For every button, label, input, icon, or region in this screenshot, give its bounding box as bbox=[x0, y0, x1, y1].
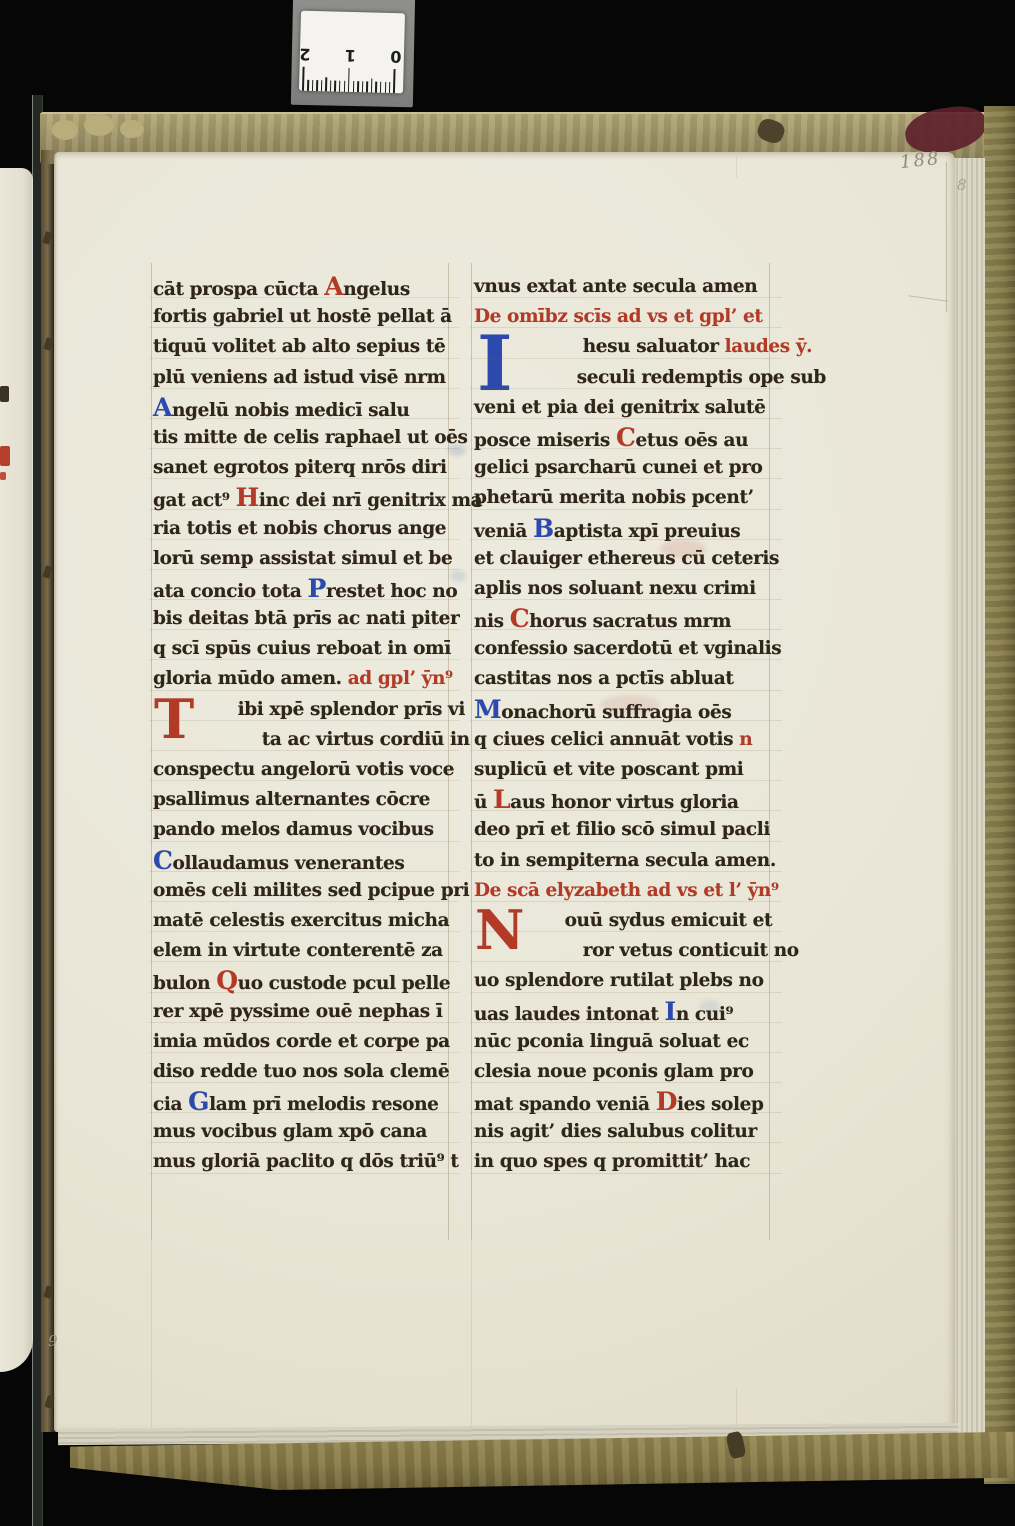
text-segment: aus honor virtus gloria bbox=[510, 792, 738, 813]
text-segment: bulon bbox=[153, 973, 216, 994]
text-line: psallimus alternantes cōcre bbox=[153, 785, 453, 815]
text-segment: sanet egrotos piterq nrōs diri bbox=[153, 457, 447, 478]
text-line: Collaudamus venerantes bbox=[153, 846, 453, 876]
ruler-tick bbox=[307, 80, 309, 91]
text-segment: mat spando veniā bbox=[474, 1094, 656, 1115]
text-segment: matē celestis exercitus micha bbox=[153, 910, 449, 931]
text-line: in quo spes q promittit’ hac bbox=[474, 1147, 776, 1177]
ruler-tick bbox=[371, 79, 373, 93]
text-line: pando melos damus vocibus bbox=[153, 815, 453, 845]
blue-initial: I bbox=[665, 997, 676, 1026]
endband-lump bbox=[84, 114, 114, 136]
ruler-tick bbox=[330, 80, 332, 91]
ruler-tick bbox=[366, 81, 368, 92]
text-line: conspectu angelorū votis voce bbox=[153, 755, 453, 785]
text-segment: mus gloriā paclito q dōs triū⁹ t bbox=[153, 1151, 459, 1172]
endband-lump bbox=[120, 120, 144, 138]
text-segment: aptista xpī preuius bbox=[554, 521, 741, 542]
ruler-tick bbox=[357, 81, 359, 92]
text-line: omēs celi milites sed pcipue pri bbox=[153, 876, 453, 906]
text-line: N ouū sydus emicuit et bbox=[474, 906, 776, 936]
text-line: De omībz scīs ad vs et gpl’ et bbox=[474, 302, 776, 332]
text-segment: cāt prospa cūcta bbox=[153, 279, 324, 300]
text-segment: confessio sacerdotū et vginalis bbox=[474, 638, 781, 659]
ruling-line-vertical bbox=[151, 263, 152, 1240]
text-line: nis Chorus sacratus mrm bbox=[474, 604, 776, 634]
text-segment: phetarū merita nobis pcent’ bbox=[474, 487, 754, 508]
text-segment: ngelus bbox=[343, 279, 410, 300]
text-line: tiquū volitet ab alto sepius tē bbox=[153, 332, 453, 362]
ruler-tick bbox=[344, 81, 346, 92]
text-line: ata concio tota Prestet hoc no bbox=[153, 574, 453, 604]
text-segment: ollaudamus venerantes bbox=[173, 853, 405, 874]
ruler-tick bbox=[339, 81, 341, 92]
text-segment: nis bbox=[474, 611, 510, 632]
text-line: Angelū nobis medicī salu bbox=[153, 393, 453, 423]
text-line: castitas nos a pctīs abluat bbox=[474, 664, 776, 694]
text-segment: rer xpē pyssime ouē nephas ī bbox=[153, 1001, 443, 1022]
ruler-tick bbox=[375, 82, 377, 93]
blue-initial: M bbox=[474, 695, 501, 724]
text-segment: et clauiger ethereus cū ceteris bbox=[474, 548, 779, 569]
text-segment: posce miseris bbox=[474, 430, 616, 451]
text-segment: gelici psarcharū cunei et pro bbox=[474, 457, 763, 478]
neighbor-page bbox=[0, 168, 33, 1372]
text-segment: fortis gabriel ut hostē pellat ā bbox=[153, 306, 452, 327]
text-segment: psallimus alternantes cōcre bbox=[153, 789, 430, 810]
corner-pencil-mark: 9 bbox=[48, 1332, 58, 1350]
text-segment: suplicū et vite poscant pmi bbox=[474, 759, 743, 780]
text-line: veni et pia dei genitrix salutē bbox=[474, 393, 776, 423]
text-segment: bis deitas btā prīs ac nati piter bbox=[153, 608, 459, 629]
text-segment: castitas nos a pctīs abluat bbox=[474, 668, 733, 689]
text-line: cia Glam prī melodis resone bbox=[153, 1087, 453, 1117]
text-segment: nis agit’ dies salubus colitur bbox=[474, 1121, 757, 1142]
text-column-left: cāt prospa cūcta Angelusfortis gabriel u… bbox=[153, 272, 453, 1178]
text-line: mus gloriā paclito q dōs triū⁹ t bbox=[153, 1147, 453, 1177]
text-segment: laudes ȳ. bbox=[725, 336, 813, 357]
blue-initial: A bbox=[153, 393, 172, 422]
text-segment: lam prī melodis resone bbox=[209, 1094, 438, 1115]
text-line: gat act⁹ Hinc dei nrī genitrix ma bbox=[153, 483, 453, 513]
text-line: sanet egrotos piterq nrōs diri bbox=[153, 453, 453, 483]
text-line: confessio sacerdotū et vginalis bbox=[474, 634, 776, 664]
folio-number: 188 bbox=[899, 148, 941, 173]
text-line: diso redde tuo nos sola clemē bbox=[153, 1057, 453, 1087]
text-segment: aplis nos soluant nexu crimi bbox=[474, 578, 756, 599]
ruling-line-vertical bbox=[151, 1240, 152, 1428]
text-line: posce miseris Cetus oēs au bbox=[474, 423, 776, 453]
ruler-tick bbox=[380, 82, 382, 93]
text-segment: restet hoc no bbox=[326, 581, 457, 602]
ruler-label: 2 bbox=[299, 45, 311, 64]
ruler-tick bbox=[325, 77, 327, 91]
text-line: cāt prospa cūcta Angelus bbox=[153, 272, 453, 302]
endband-lump bbox=[52, 120, 78, 140]
text-segment: ad gpl’ ȳn⁹ bbox=[348, 668, 453, 689]
text-segment: ū bbox=[474, 792, 493, 813]
text-line: suplicū et vite poscant pmi bbox=[474, 755, 776, 785]
ruler-tick bbox=[316, 80, 318, 91]
red-initial: C bbox=[510, 604, 530, 633]
text-line: uas laudes intonat In cui⁹ bbox=[474, 997, 776, 1027]
ruling-line-vertical bbox=[471, 1240, 472, 1428]
blue-initial: G bbox=[188, 1087, 209, 1116]
text-segment: inc dei nrī genitrix ma bbox=[259, 490, 482, 511]
board-edge-fore bbox=[984, 106, 1015, 1484]
text-segment: onachorū suffragia oēs bbox=[501, 702, 731, 723]
ruler: 012 bbox=[299, 11, 405, 94]
ruler-tick bbox=[321, 80, 323, 91]
text-line: deo prī et filio scō simul pacli bbox=[474, 815, 776, 845]
text-segment: ibi xpē splendor prīs vi bbox=[153, 699, 465, 720]
text-segment: diso redde tuo nos sola clemē bbox=[153, 1061, 449, 1082]
text-line: I hesu saluator laudes ȳ. bbox=[474, 332, 776, 362]
text-line: bulon Quo custode pcul pelle bbox=[153, 966, 453, 996]
text-line: lorū semp assistat simul et be bbox=[153, 544, 453, 574]
text-line: q scī spūs cuius reboat in omī bbox=[153, 634, 453, 664]
text-segment: ta ac virtus cordiū in bbox=[153, 729, 470, 750]
text-segment: deo prī et filio scō simul pacli bbox=[474, 819, 770, 840]
ruler-tick bbox=[312, 80, 314, 91]
text-line: veniā Baptista xpī preuius bbox=[474, 514, 776, 544]
text-line: to in sempiterna secula amen. bbox=[474, 846, 776, 876]
text-line: clesia noue pconis glam pro bbox=[474, 1057, 776, 1087]
text-line: matē celestis exercitus micha bbox=[153, 906, 453, 936]
text-segment: seculi redemptis ope sub bbox=[474, 367, 826, 388]
text-segment: in quo spes q promittit’ hac bbox=[474, 1151, 750, 1172]
ruling-line-vertical bbox=[471, 263, 472, 1240]
text-segment: mus vocibus glam xpō cana bbox=[153, 1121, 427, 1142]
text-segment: omēs celi milites sed pcipue pri bbox=[153, 880, 469, 901]
text-line: ta ac virtus cordiū in bbox=[153, 725, 453, 755]
text-segment: veniā bbox=[474, 521, 533, 542]
neighbor-rubric-fragment bbox=[0, 472, 6, 480]
text-line: mat spando veniā Dies solep bbox=[474, 1087, 776, 1117]
ruler-tick bbox=[353, 81, 355, 92]
neighbor-text-fragment bbox=[0, 386, 9, 402]
text-segment: gat act⁹ bbox=[153, 490, 236, 511]
text-line: T ibi xpē splendor prīs vi bbox=[153, 695, 453, 725]
text-line: rer xpē pyssime ouē nephas ī bbox=[153, 997, 453, 1027]
red-initial: L bbox=[493, 785, 510, 814]
text-segment: n bbox=[739, 729, 752, 750]
text-segment: plū veniens ad istud visē nrm bbox=[153, 367, 446, 388]
text-segment: ies solep bbox=[677, 1094, 764, 1115]
ruler-tick bbox=[384, 82, 386, 93]
red-initial: Q bbox=[216, 966, 237, 995]
page-block-fore-edge bbox=[953, 158, 985, 1440]
text-segment: ngelū nobis medicī salu bbox=[172, 400, 409, 421]
text-segment: imia mūdos corde et corpe pa bbox=[153, 1031, 450, 1052]
text-line: nis agit’ dies salubus colitur bbox=[474, 1117, 776, 1147]
text-segment: vnus extat ante secula amen bbox=[474, 276, 757, 297]
text-line: bis deitas btā prīs ac nati piter bbox=[153, 604, 453, 634]
text-line: gloria mūdo amen. ad gpl’ ȳn⁹ bbox=[153, 664, 453, 694]
text-segment: pando melos damus vocibus bbox=[153, 819, 434, 840]
blue-initial: B bbox=[533, 514, 554, 543]
text-line: Monachorū suffragia oēs bbox=[474, 695, 776, 725]
red-initial: C bbox=[616, 423, 636, 452]
text-line: et clauiger ethereus cū ceteris bbox=[474, 544, 776, 574]
ruler-tick bbox=[362, 81, 364, 92]
text-line: phetarū merita nobis pcent’ bbox=[474, 483, 776, 513]
text-segment: to in sempiterna secula amen. bbox=[474, 850, 776, 871]
ruler-tick bbox=[334, 81, 336, 92]
blue-initial: P bbox=[308, 574, 326, 603]
manuscript-photo: { "photo": { "description": "Opened medi… bbox=[0, 0, 1015, 1526]
text-segment: conspectu angelorū votis voce bbox=[153, 759, 454, 780]
text-line: fortis gabriel ut hostē pellat ā bbox=[153, 302, 453, 332]
text-line: q ciues celici annuāt votis n bbox=[474, 725, 776, 755]
text-segment: clesia noue pconis glam pro bbox=[474, 1061, 753, 1082]
text-segment: nūc pconia linguā soluat ec bbox=[474, 1031, 749, 1052]
text-column-right: vnus extat ante secula amenDe omībz scīs… bbox=[474, 272, 776, 1178]
text-segment: q scī spūs cuius reboat in omī bbox=[153, 638, 451, 659]
text-line: uo splendore rutilat plebs no bbox=[474, 966, 776, 996]
text-segment: uas laudes intonat bbox=[474, 1004, 665, 1025]
text-line: gelici psarcharū cunei et pro bbox=[474, 453, 776, 483]
text-line: vnus extat ante secula amen bbox=[474, 272, 776, 302]
text-segment: etus oēs au bbox=[636, 430, 749, 451]
neighbor-rubric-fragment bbox=[0, 446, 10, 466]
text-line: ror vetus conticuit no bbox=[474, 936, 776, 966]
text-segment: ria totis et nobis chorus ange bbox=[153, 518, 446, 539]
ruler-tick bbox=[302, 67, 304, 91]
text-segment: horus sacratus mrm bbox=[529, 611, 731, 632]
text-line: tis mitte de celis raphael ut oēs bbox=[153, 423, 453, 453]
text-line: nūc pconia linguā soluat ec bbox=[474, 1027, 776, 1057]
text-segment: ror vetus conticuit no bbox=[474, 940, 799, 961]
ruler-label: 0 bbox=[390, 47, 402, 66]
ruling-prick-mark bbox=[736, 156, 737, 178]
fore-edge-ghost-number: 8 bbox=[957, 176, 967, 194]
text-segment: De omībz scīs ad vs et gpl’ et bbox=[474, 306, 762, 327]
text-line: imia mūdos corde et corpe pa bbox=[153, 1027, 453, 1057]
text-line: mus vocibus glam xpō cana bbox=[153, 1117, 453, 1147]
text-line: elem in virtute conterentē za bbox=[153, 936, 453, 966]
text-line: ria totis et nobis chorus ange bbox=[153, 514, 453, 544]
text-line: seculi redemptis ope sub bbox=[474, 363, 776, 393]
text-segment: n cui⁹ bbox=[676, 1004, 733, 1025]
blue-initial: C bbox=[153, 846, 173, 875]
ruler-tick bbox=[348, 68, 350, 92]
ruler-tick bbox=[393, 69, 395, 93]
red-initial: A bbox=[324, 272, 343, 301]
text-segment: tiquū volitet ab alto sepius tē bbox=[153, 336, 445, 357]
text-segment: elem in virtute conterentē za bbox=[153, 940, 443, 961]
text-segment: lorū semp assistat simul et be bbox=[153, 548, 452, 569]
text-segment: cia bbox=[153, 1094, 188, 1115]
text-line: plū veniens ad istud visē nrm bbox=[153, 363, 453, 393]
text-segment: ata concio tota bbox=[153, 581, 308, 602]
page-corner-crease bbox=[946, 162, 947, 312]
red-initial: H bbox=[236, 483, 259, 512]
text-segment: uo splendore rutilat plebs no bbox=[474, 970, 764, 991]
text-segment: tis mitte de celis raphael ut oēs bbox=[153, 427, 468, 448]
text-line: aplis nos soluant nexu crimi bbox=[474, 574, 776, 604]
ruler-tick bbox=[389, 82, 391, 93]
text-segment: veni et pia dei genitrix salutē bbox=[474, 397, 766, 418]
text-segment: q ciues celici annuāt votis bbox=[474, 729, 739, 750]
text-segment: uo custode pcul pelle bbox=[238, 973, 451, 994]
text-line: ū Laus honor virtus gloria bbox=[474, 785, 776, 815]
ruler-label: 1 bbox=[345, 46, 357, 65]
red-initial: D bbox=[656, 1087, 677, 1116]
